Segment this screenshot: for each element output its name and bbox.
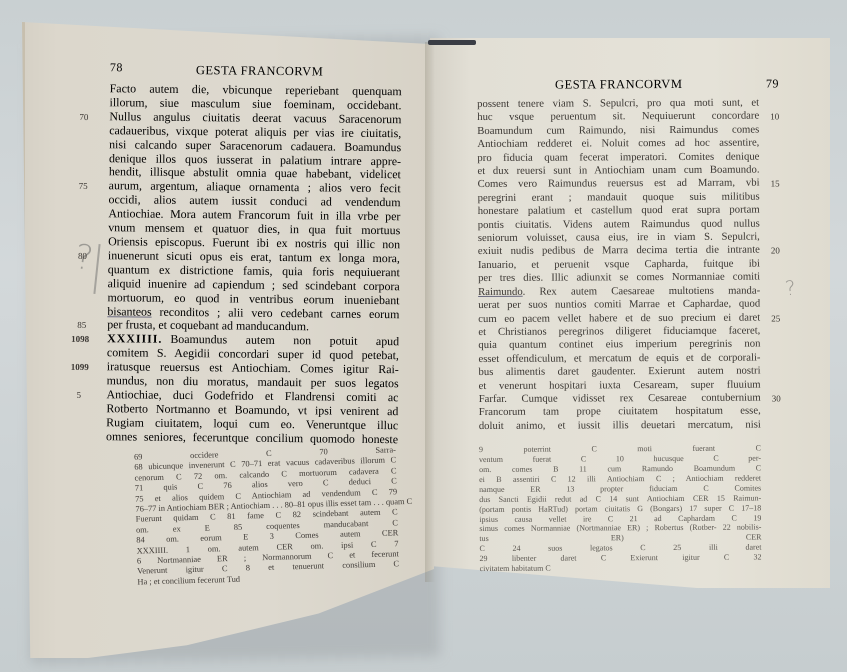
line-text: omnes seniores, feceruntque concilium qu… (106, 429, 398, 446)
line-text: Ianuario, et peruenit vsque Capharda, fu… (478, 257, 760, 270)
footnote-line: 29 libenter daret C Exierunt igitur C 32 (479, 553, 761, 564)
line-number: 10 (770, 111, 779, 124)
footnote-line: civitatem habitatum C (480, 563, 762, 574)
line-text: bus alimentis daret gaudenter. Exierunt … (479, 365, 761, 378)
line-text: pontis ciuitatis. Videns autem Raimundus… (478, 217, 760, 230)
line-text: quia quantum continet eius imperium pere… (478, 338, 760, 351)
book-gutter (425, 42, 435, 582)
line-number: 15 (771, 178, 780, 191)
line-number: 75 (79, 180, 88, 194)
line-text: honestare palatium et castellum quod era… (478, 204, 760, 217)
line-text: et venerunt hospitari iuxta Cesaream, su… (479, 378, 761, 391)
line-text: Comes vero Raimundus reuersus est ad Mar… (478, 177, 760, 190)
page-number: 79 (766, 76, 779, 91)
running-head: GESTA FRANCORVM 79 (477, 76, 767, 94)
main-text: possent tenere viam S. Sepulcri, pro qua… (477, 96, 769, 433)
line-text: doluit animo, et iussit illis deuetari m… (479, 418, 761, 431)
line-number: 85 (77, 319, 86, 333)
footnotes: 69 occidere C 70 Sarra-68 ubicunque inve… (86, 445, 400, 589)
line-number: 80 (78, 250, 87, 264)
line-text: pro fiducia quam fecerat imperatori. Com… (477, 150, 759, 163)
text-line: omnes seniores, feceruntque concilium qu… (86, 430, 398, 447)
chapter-number: XXXIIII. (107, 332, 162, 347)
line-text: cum eo pacem vellet habere et de suo pre… (478, 311, 760, 324)
line-text: Farfar. Cumque vidisset rex Cesareae con… (479, 391, 761, 404)
line-text: exiuit nudis pedibus de Marra decima ter… (478, 244, 760, 257)
line-text: uerat per suos nuntios comiti Marrae et … (478, 298, 760, 311)
line-number: 30 (772, 392, 781, 405)
line-text: Boamundum cum Raimundo, nisi Raimundus c… (477, 123, 759, 136)
line-text: peregrini erant ; mandauit quoque suis m… (478, 190, 760, 203)
line-text: seniorum voluisset, causa eius, ire in v… (478, 231, 760, 244)
line-text: per tres dies. Illic adiunxit se comes N… (478, 271, 760, 284)
running-title: GESTA FRANCORVM (555, 77, 682, 93)
page-number: 78 (110, 60, 123, 75)
underlined-word: bisanteos (107, 304, 151, 318)
running-head: 78 GESTA FRANCORVM (90, 62, 400, 81)
line-number: 25 (771, 312, 780, 325)
line-number: 5 (76, 389, 81, 403)
line-text: . Rex autem Caesareae multotiens manda- (523, 284, 761, 297)
right-page-text: GESTA FRANCORVM 79 possent tenere viam S… (477, 76, 770, 573)
line-text: et Christianos peregrinos diligeret fidu… (478, 324, 760, 337)
running-title: GESTA FRANCORVM (196, 63, 324, 79)
line-text: possent tenere viam S. Sepulcri, pro qua… (477, 97, 759, 110)
underlined-word: Raimundo (478, 285, 523, 297)
line-number: 20 (771, 245, 780, 258)
line-text: esset offendiculum, et mercatum de equis… (478, 351, 760, 364)
main-text: Facto autem die, vbicunque reperiebant q… (86, 82, 400, 447)
line-number: 70 (79, 111, 88, 125)
book-spine (428, 40, 476, 45)
text-line: doluit animo, et iussit illis deuetari m… (479, 418, 761, 433)
year-marker: 1099 (71, 361, 89, 375)
line-text: Antiochiam redderet ei. Noluit comes ad … (477, 137, 759, 150)
line-text: et dux reuersi sunt in Antiochiam unam c… (477, 164, 759, 177)
footnotes: 9 poterrint C moti fuerant Cventum fuera… (479, 444, 770, 574)
line-text: Francorum tam prope ciuitatem hospitatum… (479, 405, 761, 418)
left-page-text: 78 GESTA FRANCORVM Facto autem die, vbic… (84, 62, 400, 592)
line-text: huc vsque peruentum sit. Nequiuerunt con… (477, 110, 759, 123)
year-marker: 1098 (71, 333, 89, 347)
